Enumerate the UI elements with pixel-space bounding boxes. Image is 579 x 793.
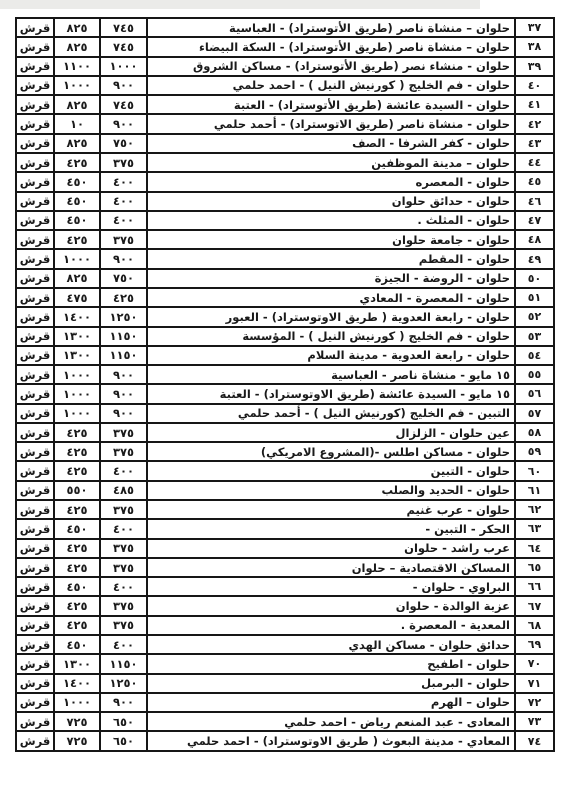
fare-low-cell: ٤٢٥	[100, 288, 147, 307]
fare-high-cell: ١٠٠٠	[54, 365, 100, 384]
table-row: ٧٢حلوان – الهرم٩٠٠١٠٠٠قرش	[16, 693, 554, 712]
fare-high-cell: ٤٥٠	[54, 519, 100, 538]
table-row: ٥٦١٥ مايو - السيدة عائشة (طريق الاوتوستر…	[16, 384, 554, 403]
unit-cell: قرش	[16, 442, 54, 461]
table-row: ٥٤حلوان - رابعة العدوية - مدينة السلام١١…	[16, 346, 554, 365]
fare-low-cell: ٣٧٥	[100, 230, 147, 249]
route-name-cell: حلوان - كفر الشرفا - الصف	[147, 134, 515, 153]
table-row: ٣٧حلوان – منشاة ناصر (طريق الأتوستراد) -…	[16, 18, 554, 37]
fare-high-cell: ٤٢٥	[54, 616, 100, 635]
fare-low-cell: ٣٧٥	[100, 539, 147, 558]
unit-cell: قرش	[16, 269, 54, 288]
route-name-cell: حلوان - حدائق حلوان	[147, 192, 515, 211]
unit-cell: قرش	[16, 404, 54, 423]
fare-high-cell: ٨٢٥	[54, 95, 100, 114]
fare-low-cell: ٧٥٠	[100, 269, 147, 288]
fare-low-cell: ٤٠٠	[100, 519, 147, 538]
fare-low-cell: ٣٧٥	[100, 153, 147, 172]
table-row: ٦٨المعدية - المعصرة .٣٧٥٤٢٥قرش	[16, 616, 554, 635]
fare-low-cell: ٦٥٠	[100, 731, 147, 751]
table-row: ٤٩حلوان - المقطم٩٠٠١٠٠٠قرش	[16, 249, 554, 268]
row-number-cell: ٦٤	[515, 539, 554, 558]
table-row: ٦١حلوان - الحديد والصلب٤٨٥٥٥٠قرش	[16, 481, 554, 500]
unit-cell: قرش	[16, 481, 54, 500]
unit-cell: قرش	[16, 153, 54, 172]
unit-cell: قرش	[16, 95, 54, 114]
fare-high-cell: ١٠٠٠	[54, 693, 100, 712]
route-name-cell: حلوان - المعصرة - المعادي	[147, 288, 515, 307]
unit-cell: قرش	[16, 654, 54, 673]
row-number-cell: ٤٦	[515, 192, 554, 211]
route-name-cell: البراوي - حلوان -	[147, 577, 515, 596]
fare-low-cell: ١٢٥٠	[100, 307, 147, 326]
fare-low-cell: ٤٨٥	[100, 481, 147, 500]
unit-cell: قرش	[16, 37, 54, 56]
fare-low-cell: ٣٧٥	[100, 423, 147, 442]
route-name-cell: حلوان – الهرم	[147, 693, 515, 712]
table-row: ٧٠حلوان - اطفيح١١٥٠١٣٠٠قرش	[16, 654, 554, 673]
route-name-cell: عرب راشد - حلوان	[147, 539, 515, 558]
table-row: ٣٨حلوان – منشاة ناصر (طريق الأتوستراد) -…	[16, 37, 554, 56]
row-number-cell: ٤١	[515, 95, 554, 114]
fare-low-cell: ٧٤٥	[100, 37, 147, 56]
table-row: ٦٦البراوي - حلوان -٤٠٠٤٥٠قرش	[16, 577, 554, 596]
route-name-cell: ١٥ مايو - منشاة ناصر - العباسية	[147, 365, 515, 384]
fare-table: ٣٧حلوان – منشاة ناصر (طريق الأتوستراد) -…	[15, 17, 555, 752]
row-number-cell: ٥٩	[515, 442, 554, 461]
route-name-cell: حلوان – منشاة ناصر (طريق الأتوستراد) - ا…	[147, 37, 515, 56]
fare-low-cell: ٤٠٠	[100, 635, 147, 654]
table-row: ٧١حلوان - البرمبل١٢٥٠١٤٠٠قرش	[16, 674, 554, 693]
row-number-cell: ٤٩	[515, 249, 554, 268]
route-name-cell: حلوان - السيدة عائشة (طريق الأتوستراد) -…	[147, 95, 515, 114]
fare-high-cell: ٧٢٥	[54, 712, 100, 731]
fare-low-cell: ٣٧٥	[100, 596, 147, 615]
fare-high-cell: ٤٢٥	[54, 539, 100, 558]
unit-cell: قرش	[16, 288, 54, 307]
fare-high-cell: ١٠	[54, 114, 100, 133]
fare-low-cell: ٩٠٠	[100, 114, 147, 133]
table-row: ٤١حلوان - السيدة عائشة (طريق الأتوستراد)…	[16, 95, 554, 114]
row-number-cell: ٦١	[515, 481, 554, 500]
fare-high-cell: ٤٢٥	[54, 558, 100, 577]
table-row: ٦٠حلوان - التبين٤٠٠٤٢٥قرش	[16, 461, 554, 480]
unit-cell: قرش	[16, 365, 54, 384]
row-number-cell: ٥٦	[515, 384, 554, 403]
unit-cell: قرش	[16, 558, 54, 577]
table-row: ٤٦حلوان - حدائق حلوان٤٠٠٤٥٠قرش	[16, 192, 554, 211]
fare-high-cell: ٧٢٥	[54, 731, 100, 751]
unit-cell: قرش	[16, 577, 54, 596]
fare-low-cell: ٣٧٥	[100, 500, 147, 519]
unit-cell: قرش	[16, 731, 54, 751]
route-name-cell: حلوان – مدينة الموظفين	[147, 153, 515, 172]
row-number-cell: ٤٧	[515, 211, 554, 230]
row-number-cell: ٥٠	[515, 269, 554, 288]
fare-low-cell: ٩٠٠	[100, 365, 147, 384]
table-row: ٥٨عين حلوان - الزلزال٣٧٥٤٢٥قرش	[16, 423, 554, 442]
fare-high-cell: ٤٢٥	[54, 596, 100, 615]
row-number-cell: ٤٠	[515, 76, 554, 95]
table-row: ٤٣حلوان - كفر الشرفا - الصف٧٥٠٨٢٥قرش	[16, 134, 554, 153]
row-number-cell: ٥٣	[515, 327, 554, 346]
unit-cell: قرش	[16, 192, 54, 211]
route-name-cell: حلوان - البرمبل	[147, 674, 515, 693]
route-name-cell: حلوان - التبين	[147, 461, 515, 480]
route-name-cell: التبين - فم الخليج (كورنيش النيل ) - أحم…	[147, 404, 515, 423]
row-number-cell: ٣٨	[515, 37, 554, 56]
fare-high-cell: ٤٧٥	[54, 288, 100, 307]
row-number-cell: ٧٣	[515, 712, 554, 731]
route-name-cell: الحكر - التبين -	[147, 519, 515, 538]
fare-low-cell: ٤٠٠	[100, 461, 147, 480]
row-number-cell: ٦٠	[515, 461, 554, 480]
fare-low-cell: ٤٠٠	[100, 211, 147, 230]
route-name-cell: حلوان - جامعة حلوان	[147, 230, 515, 249]
fare-high-cell: ١٠٠٠	[54, 384, 100, 403]
table-row: ٣٩حلوان - منشاء نصر (طريق الأتوستراد) - …	[16, 57, 554, 76]
fare-low-cell: ٩٠٠	[100, 249, 147, 268]
route-name-cell: حلوان - الحديد والصلب	[147, 481, 515, 500]
fare-high-cell: ٤٥٠	[54, 211, 100, 230]
table-row: ٥٠حلوان - الروضة - الجيزة٧٥٠٨٢٥قرش	[16, 269, 554, 288]
unit-cell: قرش	[16, 693, 54, 712]
unit-cell: قرش	[16, 76, 54, 95]
route-name-cell: حلوان - المقطم	[147, 249, 515, 268]
fare-high-cell: ١٣٠٠	[54, 654, 100, 673]
row-number-cell: ٤٢	[515, 114, 554, 133]
fare-high-cell: ٤٥٠	[54, 192, 100, 211]
table-row: ٤٥حلوان - المعصره٤٠٠٤٥٠قرش	[16, 172, 554, 191]
unit-cell: قرش	[16, 635, 54, 654]
route-name-cell: حلوان - منشاة ناصر (طريق الاتوستراد) - أ…	[147, 114, 515, 133]
row-number-cell: ٧١	[515, 674, 554, 693]
route-name-cell: عين حلوان - الزلزال	[147, 423, 515, 442]
fare-low-cell: ٣٧٥	[100, 558, 147, 577]
fare-high-cell: ٥٥٠	[54, 481, 100, 500]
unit-cell: قرش	[16, 114, 54, 133]
route-name-cell: حلوان - عرب غنيم	[147, 500, 515, 519]
table-row: ٥٧التبين - فم الخليج (كورنيش النيل ) - أ…	[16, 404, 554, 423]
route-name-cell: حلوان - الروضة - الجيزة	[147, 269, 515, 288]
row-number-cell: ٧٢	[515, 693, 554, 712]
fare-high-cell: ١٤٠٠	[54, 307, 100, 326]
unit-cell: قرش	[16, 596, 54, 615]
row-number-cell: ٦٦	[515, 577, 554, 596]
fare-low-cell: ٧٤٥	[100, 18, 147, 37]
route-name-cell: حلوان - فم الخليج ( كورنيش النيل ) - احم…	[147, 76, 515, 95]
unit-cell: قرش	[16, 57, 54, 76]
fare-low-cell: ٩٠٠	[100, 693, 147, 712]
unit-cell: قرش	[16, 307, 54, 326]
row-number-cell: ٦٩	[515, 635, 554, 654]
row-number-cell: ٤٣	[515, 134, 554, 153]
fare-low-cell: ٩٠٠	[100, 76, 147, 95]
unit-cell: قرش	[16, 519, 54, 538]
route-name-cell: المساكن الاقتصادية – حلوان	[147, 558, 515, 577]
fare-high-cell: ٨٢٥	[54, 37, 100, 56]
unit-cell: قرش	[16, 461, 54, 480]
unit-cell: قرش	[16, 134, 54, 153]
fare-table-body: ٣٧حلوان – منشاة ناصر (طريق الأتوستراد) -…	[16, 18, 554, 751]
table-row: ٧٣المعادى - عبد المنعم رياض - احمد حلمي٦…	[16, 712, 554, 731]
fare-low-cell: ١٠٠٠	[100, 57, 147, 76]
unit-cell: قرش	[16, 674, 54, 693]
row-number-cell: ٥٧	[515, 404, 554, 423]
route-name-cell: حلوان - المثلث .	[147, 211, 515, 230]
table-row: ٥١حلوان - المعصرة - المعادي٤٢٥٤٧٥قرش	[16, 288, 554, 307]
unit-cell: قرش	[16, 500, 54, 519]
row-number-cell: ٧٤	[515, 731, 554, 751]
row-number-cell: ٥٥	[515, 365, 554, 384]
fare-low-cell: ٧٥٠	[100, 134, 147, 153]
unit-cell: قرش	[16, 616, 54, 635]
row-number-cell: ٤٨	[515, 230, 554, 249]
fare-low-cell: ٣٧٥	[100, 616, 147, 635]
unit-cell: قرش	[16, 172, 54, 191]
route-name-cell: حلوان – منشاة ناصر (طريق الأتوستراد) - ا…	[147, 18, 515, 37]
table-row: ٤٤حلوان – مدينة الموظفين٣٧٥٤٢٥قرش	[16, 153, 554, 172]
row-number-cell: ٤٥	[515, 172, 554, 191]
route-name-cell: حلوان - رابعة العدوية - مدينة السلام	[147, 346, 515, 365]
row-number-cell: ٥٨	[515, 423, 554, 442]
route-name-cell: حدائق حلوان - مساكن الهدي	[147, 635, 515, 654]
table-row: ٥٣حلوان - فم الخليج ( كورنيش النيل ) - ا…	[16, 327, 554, 346]
row-number-cell: ٣٧	[515, 18, 554, 37]
fare-high-cell: ١٤٠٠	[54, 674, 100, 693]
unit-cell: قرش	[16, 423, 54, 442]
unit-cell: قرش	[16, 346, 54, 365]
row-number-cell: ٥٢	[515, 307, 554, 326]
table-row: ٦٢حلوان - عرب غنيم٣٧٥٤٢٥قرش	[16, 500, 554, 519]
fare-high-cell: ١١٠٠	[54, 57, 100, 76]
scan-shadow-top	[0, 0, 480, 9]
table-row: ٥٩حلوان - مساكن اطلس -(المشروع الامريكي)…	[16, 442, 554, 461]
fare-low-cell: ٩٠٠	[100, 384, 147, 403]
route-name-cell: حلوان - فم الخليج ( كورنيش النيل ) - الم…	[147, 327, 515, 346]
fare-low-cell: ٦٥٠	[100, 712, 147, 731]
table-row: ٦٣الحكر - التبين -٤٠٠٤٥٠قرش	[16, 519, 554, 538]
table-row: ٤٨حلوان - جامعة حلوان٣٧٥٤٢٥قرش	[16, 230, 554, 249]
fare-high-cell: ١٣٠٠	[54, 346, 100, 365]
row-number-cell: ٦٧	[515, 596, 554, 615]
unit-cell: قرش	[16, 384, 54, 403]
unit-cell: قرش	[16, 211, 54, 230]
table-row: ٦٧عزبة الوالدة - حلوان٣٧٥٤٢٥قرش	[16, 596, 554, 615]
fare-low-cell: ١١٥٠	[100, 654, 147, 673]
route-name-cell: حلوان - اطفيح	[147, 654, 515, 673]
fare-high-cell: ٤٢٥	[54, 153, 100, 172]
row-number-cell: ٧٠	[515, 654, 554, 673]
row-number-cell: ٥١	[515, 288, 554, 307]
fare-high-cell: ١٣٠٠	[54, 327, 100, 346]
row-number-cell: ٦٢	[515, 500, 554, 519]
fare-low-cell: ٣٧٥	[100, 442, 147, 461]
table-row: ٤٠حلوان - فم الخليج ( كورنيش النيل ) - ا…	[16, 76, 554, 95]
row-number-cell: ٤٤	[515, 153, 554, 172]
unit-cell: قرش	[16, 249, 54, 268]
fare-low-cell: ٧٤٥	[100, 95, 147, 114]
unit-cell: قرش	[16, 327, 54, 346]
fare-high-cell: ٤٢٥	[54, 230, 100, 249]
unit-cell: قرش	[16, 230, 54, 249]
fare-high-cell: ٤٢٥	[54, 461, 100, 480]
fare-high-cell: ٨٢٥	[54, 18, 100, 37]
route-name-cell: المعادي - مدينة البعوث ( طريق الاوتوسترا…	[147, 731, 515, 751]
fare-low-cell: ٤٠٠	[100, 577, 147, 596]
route-name-cell: حلوان - رابعة العدوية ( طريق الاوتوستراد…	[147, 307, 515, 326]
table-row: ٦٩حدائق حلوان - مساكن الهدي٤٠٠٤٥٠قرش	[16, 635, 554, 654]
table-row: ٤٢حلوان - منشاة ناصر (طريق الاتوستراد) -…	[16, 114, 554, 133]
route-name-cell: حلوان - مساكن اطلس -(المشروع الامريكي)	[147, 442, 515, 461]
table-row: ٤٧حلوان - المثلث .٤٠٠٤٥٠قرش	[16, 211, 554, 230]
row-number-cell: ٦٥	[515, 558, 554, 577]
fare-low-cell: ٤٠٠	[100, 192, 147, 211]
route-name-cell: ١٥ مايو - السيدة عائشة (طريق الاوتوستراد…	[147, 384, 515, 403]
fare-high-cell: ٨٢٥	[54, 134, 100, 153]
fare-high-cell: ٤٥٠	[54, 635, 100, 654]
fare-low-cell: ١٢٥٠	[100, 674, 147, 693]
row-number-cell: ٦٨	[515, 616, 554, 635]
table-row: ٦٥المساكن الاقتصادية – حلوان٣٧٥٤٢٥قرش	[16, 558, 554, 577]
table-row: ٦٤عرب راشد - حلوان٣٧٥٤٢٥قرش	[16, 539, 554, 558]
fare-high-cell: ١٠٠٠	[54, 404, 100, 423]
table-row: ٥٥١٥ مايو - منشاة ناصر - العباسية٩٠٠١٠٠٠…	[16, 365, 554, 384]
fare-high-cell: ٤٥٠	[54, 577, 100, 596]
fare-high-cell: ٤٢٥	[54, 500, 100, 519]
route-name-cell: المعادى - عبد المنعم رياض - احمد حلمي	[147, 712, 515, 731]
route-name-cell: عزبة الوالدة - حلوان	[147, 596, 515, 615]
fare-low-cell: ١١٥٠	[100, 327, 147, 346]
fare-high-cell: ١٠٠٠	[54, 76, 100, 95]
table-row: ٥٢حلوان - رابعة العدوية ( طريق الاوتوستر…	[16, 307, 554, 326]
fare-high-cell: ٤٢٥	[54, 423, 100, 442]
fare-low-cell: ٩٠٠	[100, 404, 147, 423]
route-name-cell: المعدية - المعصرة .	[147, 616, 515, 635]
row-number-cell: ٥٤	[515, 346, 554, 365]
table-row: ٧٤المعادي - مدينة البعوث ( طريق الاوتوست…	[16, 731, 554, 751]
unit-cell: قرش	[16, 539, 54, 558]
fare-low-cell: ٤٠٠	[100, 172, 147, 191]
fare-high-cell: ٤٥٠	[54, 172, 100, 191]
fare-high-cell: ١٠٠٠	[54, 249, 100, 268]
fare-high-cell: ٤٢٥	[54, 442, 100, 461]
fare-low-cell: ١١٥٠	[100, 346, 147, 365]
fare-high-cell: ٨٢٥	[54, 269, 100, 288]
unit-cell: قرش	[16, 712, 54, 731]
row-number-cell: ٣٩	[515, 57, 554, 76]
route-name-cell: حلوان - المعصره	[147, 172, 515, 191]
unit-cell: قرش	[16, 18, 54, 37]
route-name-cell: حلوان - منشاء نصر (طريق الأتوستراد) - مس…	[147, 57, 515, 76]
row-number-cell: ٦٣	[515, 519, 554, 538]
